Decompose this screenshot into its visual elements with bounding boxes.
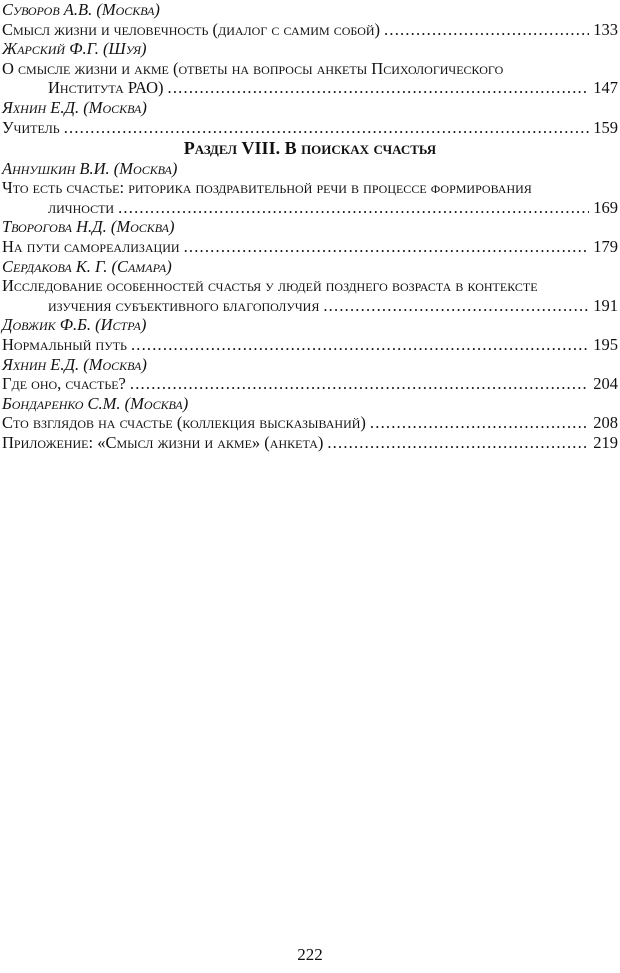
dot-leader <box>118 198 589 218</box>
entry-title-row: Нормальный путь195 <box>2 335 618 355</box>
entry-title: На пути самореализации <box>2 237 180 257</box>
dot-leader <box>184 237 590 257</box>
entry-author: Сердакова К. Г. (Самара) <box>2 257 618 277</box>
dot-leader <box>327 433 589 453</box>
toc-entry: Бондаренко С.М. (Москва)Сто взглядов на … <box>2 394 618 433</box>
entry-title: личности <box>48 198 114 218</box>
entry-author: Яхнин Е.Д. (Москва) <box>2 355 618 375</box>
entry-title: Приложение: «Смысл жизни и акме» (анкета… <box>2 433 323 453</box>
section-heading: Раздел VIII. В поисках счастья <box>2 137 618 158</box>
entry-title: Сто взглядов на счастье (коллекция выска… <box>2 413 366 433</box>
entry-title-row: Сто взглядов на счастье (коллекция выска… <box>2 413 618 433</box>
dot-leader <box>323 296 589 316</box>
page-number: 222 <box>0 945 620 965</box>
entry-title: Института РАО) <box>48 78 164 98</box>
entry-author: Творогова Н.Д. (Москва) <box>2 217 618 237</box>
toc-entry: Суворов А.В. (Москва)Смысл жизни и челов… <box>2 0 618 39</box>
entry-title-row: Приложение: «Смысл жизни и акме» (анкета… <box>2 433 618 453</box>
entry-author: Бондаренко С.М. (Москва) <box>2 394 618 414</box>
entry-page-number: 169 <box>593 198 618 218</box>
dot-leader <box>168 78 590 98</box>
entry-page-number: 195 <box>593 335 618 355</box>
entry-page-number: 191 <box>593 296 618 316</box>
entry-title-row: Учитель159 <box>2 118 618 138</box>
dot-leader <box>130 374 589 394</box>
dot-leader <box>64 118 590 138</box>
toc-entry: Приложение: «Смысл жизни и акме» (анкета… <box>2 433 618 453</box>
entry-author: Жарский Ф.Г. (Шуя) <box>2 39 618 59</box>
entry-title-line: Что есть счастье: риторика поздравительн… <box>2 178 618 198</box>
entry-title-row: изучения субъективного благополучия191 <box>2 296 618 316</box>
entry-page-number: 133 <box>593 20 618 40</box>
entry-author: Аннушкин В.И. (Москва) <box>2 159 618 179</box>
toc-entry: Жарский Ф.Г. (Шуя)О смысле жизни и акме … <box>2 39 618 98</box>
entry-author: Суворов А.В. (Москва) <box>2 0 618 20</box>
entry-title: Где оно, счастье? <box>2 374 126 394</box>
entry-page-number: 204 <box>593 374 618 394</box>
entry-title: Смысл жизни и человечность (диалог с сам… <box>2 20 380 40</box>
table-of-contents: Суворов А.В. (Москва)Смысл жизни и челов… <box>2 0 618 453</box>
dot-leader <box>131 335 589 355</box>
entry-page-number: 208 <box>593 413 618 433</box>
entry-title-row: Смысл жизни и человечность (диалог с сам… <box>2 20 618 40</box>
entry-title-line: Исследование особенностей счастья у люде… <box>2 276 618 296</box>
entry-page-number: 179 <box>593 237 618 257</box>
entry-title: изучения субъективного благополучия <box>48 296 319 316</box>
dot-leader <box>370 413 589 433</box>
toc-entry: Творогова Н.Д. (Москва)На пути самореали… <box>2 217 618 256</box>
entry-title: Нормальный путь <box>2 335 127 355</box>
entry-title-row: Где оно, счастье?204 <box>2 374 618 394</box>
entry-page-number: 219 <box>593 433 618 453</box>
dot-leader <box>384 20 589 40</box>
entry-author: Яхнин Е.Д. (Москва) <box>2 98 618 118</box>
entry-page-number: 159 <box>593 118 618 138</box>
toc-entry: Яхнин Е.Д. (Москва)Где оно, счастье?204 <box>2 355 618 394</box>
toc-entry: Довжик Ф.Б. (Истра)Нормальный путь195 <box>2 315 618 354</box>
toc-entry: Аннушкин В.И. (Москва)Что есть счастье: … <box>2 159 618 218</box>
toc-entries-before: Суворов А.В. (Москва)Смысл жизни и челов… <box>2 0 618 137</box>
toc-entry: Яхнин Е.Д. (Москва)Учитель159 <box>2 98 618 137</box>
entry-author: Довжик Ф.Б. (Истра) <box>2 315 618 335</box>
entry-title: Учитель <box>2 118 60 138</box>
entry-title-row: личности169 <box>2 198 618 218</box>
toc-entry: Сердакова К. Г. (Самара)Исследование осо… <box>2 257 618 316</box>
toc-entries-after: Аннушкин В.И. (Москва)Что есть счастье: … <box>2 159 618 453</box>
entry-title-line: О смысле жизни и акме (ответы на вопросы… <box>2 59 618 79</box>
entry-page-number: 147 <box>593 78 618 98</box>
entry-title-row: На пути самореализации179 <box>2 237 618 257</box>
entry-title-row: Института РАО)147 <box>2 78 618 98</box>
